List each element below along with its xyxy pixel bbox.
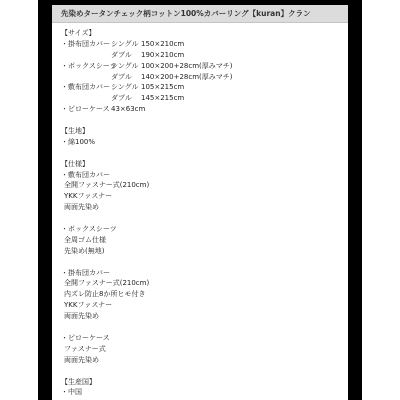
material-value: ・綿100% <box>61 137 348 148</box>
spec-content: 【サイズ】 ・掛布団カバーシングル150×210cm ダブル190×210cm … <box>52 23 348 398</box>
spec-line: 両面先染め <box>61 202 348 213</box>
size-item: ・ボックスシーツ <box>61 61 111 72</box>
size-row: ・ボックスシーツシングル100×200+28cm(厚みマチ) <box>61 61 348 72</box>
material-heading: 【生地】 <box>61 126 348 137</box>
size-item: ・掛布団カバー <box>61 39 111 50</box>
size-row: ・掛布団カバーシングル150×210cm <box>61 39 348 50</box>
size-dim: 145×215cm <box>141 94 184 102</box>
size-type: シングル <box>111 61 141 72</box>
size-dim: 150×210cm <box>141 40 184 48</box>
size-dim: 43×63cm <box>111 105 145 113</box>
spec-heading: 【仕様】 <box>61 159 348 170</box>
size-item: ・ピローケース <box>61 104 111 115</box>
origin-heading: 【生産国】 <box>61 377 348 388</box>
spec-line: YKKファスナー <box>61 300 348 311</box>
size-row: ダブル190×210cm <box>61 50 348 61</box>
size-type: ダブル <box>111 72 141 83</box>
size-row: ダブル140×200+28cm(厚みマチ) <box>61 72 348 83</box>
spec-line: ファスナー式 <box>61 344 348 355</box>
product-spec-panel: 先染めタータンチェック柄コットン100%カバーリング【kuran】クラン 【サイ… <box>52 5 348 400</box>
size-dim: 140×200+28cm(厚みマチ) <box>141 73 233 81</box>
size-dim: 100×200+28cm(厚みマチ) <box>141 62 233 70</box>
size-type: シングル <box>111 82 141 93</box>
size-item: ・敷布団カバー <box>61 82 111 93</box>
size-heading: 【サイズ】 <box>61 28 348 39</box>
spec-line: 全周ゴム仕様 <box>61 235 348 246</box>
size-row: ダブル145×215cm <box>61 93 348 104</box>
size-row: ・ピローケース43×63cm <box>61 104 348 115</box>
size-row: ・敷布団カバーシングル105×215cm <box>61 82 348 93</box>
origin-value: ・中国 <box>61 387 348 398</box>
spec-line: 両面先染め <box>61 355 348 366</box>
spec-group-title: ・敷布団カバー <box>61 170 348 181</box>
spec-line: 全開ファスナー式(210cm) <box>61 278 348 289</box>
spec-group-title: ・ピローケース <box>61 333 348 344</box>
size-type: ダブル <box>111 50 141 61</box>
size-dim: 190×210cm <box>141 51 184 59</box>
size-type: シングル <box>111 39 141 50</box>
spec-line: 内ズレ防止8か所ヒモ付き <box>61 289 348 300</box>
product-title: 先染めタータンチェック柄コットン100%カバーリング【kuran】クラン <box>52 5 348 23</box>
spec-line: 先染め(無地) <box>61 246 348 257</box>
size-type: ダブル <box>111 93 141 104</box>
size-dim: 105×215cm <box>141 83 184 91</box>
spec-line: 全開ファスナー式(210cm) <box>61 180 348 191</box>
spec-group-title: ・ボックスシーツ <box>61 224 348 235</box>
spec-group-title: ・掛布団カバー <box>61 268 348 279</box>
spec-line: 両面先染め <box>61 311 348 322</box>
spec-line: YKKファスナー <box>61 191 348 202</box>
